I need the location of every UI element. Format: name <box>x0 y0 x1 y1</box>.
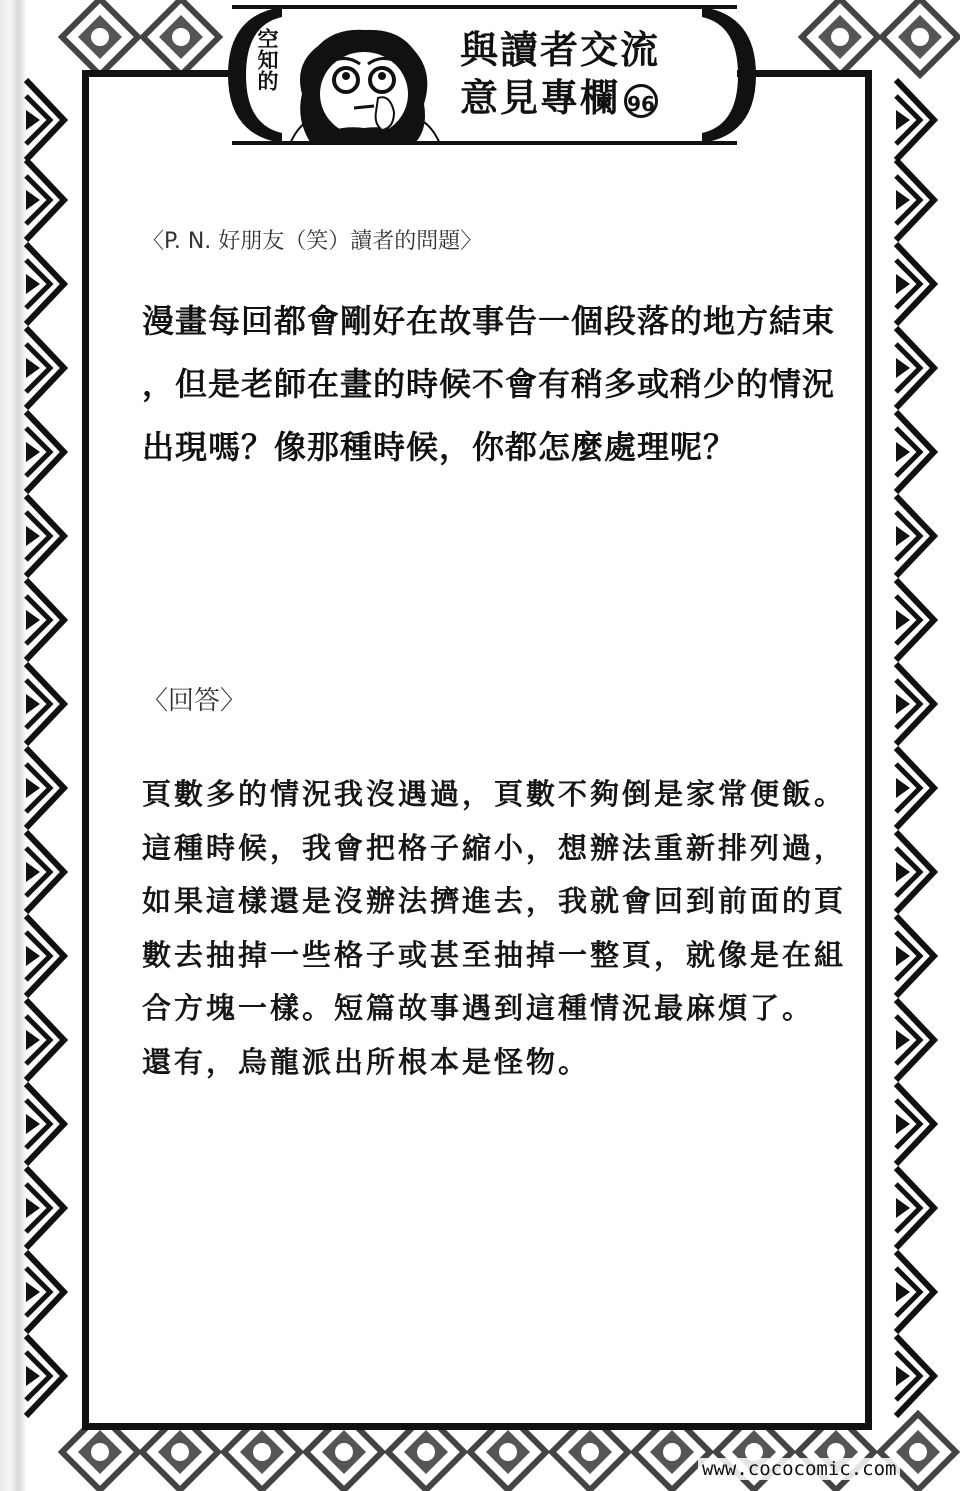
question-line: ，但是老師在畫的時候不會有稍多或稍少的情況 <box>142 353 902 416</box>
column-title: 與讀者交流 意見專欄96 <box>460 26 660 122</box>
gorilla-face-icon <box>290 24 440 144</box>
header-side-label: 空知的 <box>256 28 280 91</box>
answer-line: 這種時候，我會把格子縮小，想辦法重新排列過， <box>142 822 902 876</box>
answer-line: 還有，烏龍派出所根本是怪物。 <box>142 1036 902 1090</box>
title-line-1: 與讀者交流 <box>460 26 660 74</box>
answer-label: 〈回答〉 <box>142 680 246 717</box>
question-line: 漫畫每回都會剛好在故事告一個段落的地方結束 <box>142 290 902 353</box>
answer-line: 如果這樣還是沒辦法擠進去，我就會回到前面的頁 <box>142 875 902 929</box>
title-line-2: 意見專欄 <box>460 76 620 120</box>
watermark: www.cococomic.com <box>698 1458 900 1480</box>
answer-line: 數去抽掉一些格子或甚至抽掉一整頁，就像是在組 <box>142 929 902 983</box>
answer-line: 合方塊一樣。短篇故事遇到這種情況最麻煩了。 <box>142 982 902 1036</box>
header-right-cap <box>700 5 760 145</box>
question-line: 出現嗎？像那種時候，你都怎麼處理呢？ <box>142 416 902 479</box>
content-frame <box>82 70 872 1430</box>
reader-question: 漫畫每回都會剛好在故事告一個段落的地方結束 ，但是老師在畫的時候不會有稍多或稍少… <box>142 290 902 479</box>
author-answer: 頁數多的情況我沒遇過，頁數不夠倒是家常便飯。 這種時候，我會把格子縮小，想辦法重… <box>142 768 902 1089</box>
issue-number-badge: 96 <box>624 84 658 118</box>
answer-line: 頁數多的情況我沒遇過，頁數不夠倒是家常便飯。 <box>142 768 902 822</box>
question-label: 〈P. N. 好朋友（笑）讀者的問題〉 <box>142 224 482 255</box>
